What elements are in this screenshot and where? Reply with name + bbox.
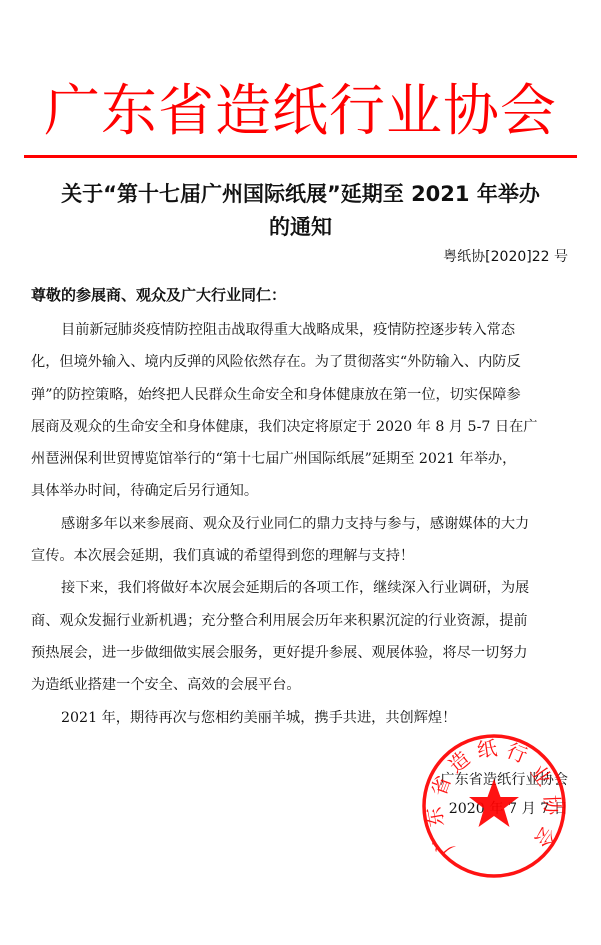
document-title-line-2: 的通知 xyxy=(20,211,581,244)
body-line: 展商及观众的生命安全和身体健康，我们决定将原定于 2020 年 8 月 5-7 … xyxy=(31,411,571,443)
body-line: 商、观众发掘行业新机遇；充分整合利用展会历年来积累沉淀的行业资源，提前 xyxy=(31,605,571,637)
svg-text:省: 省 xyxy=(426,772,455,799)
body-line: 弹”的防控策略，始终把人民群众生命安全和身体健康放在第一位，切实保障参 xyxy=(31,379,571,411)
letterhead-divider xyxy=(24,155,577,158)
body-line: 预热展会，进一步做细做实展会服务，更好提升参展、观展体验，将尽一切努力 xyxy=(31,637,571,669)
svg-text:广: 广 xyxy=(427,830,458,861)
official-seal-icon: 广 东 省 造 纸 行 业 协 会 xyxy=(421,733,567,879)
svg-text:协: 协 xyxy=(540,795,565,817)
body-line: 具体举办时间，待确定后另行通知。 xyxy=(31,475,571,507)
document-number: 粤纸协[2020]22 号 xyxy=(443,247,568,267)
star-icon xyxy=(469,779,519,827)
document-body: 目前新冠肺炎疫情防控阻击战取得重大战略成果，疫情防控逐步转入常态 化，但境外输入… xyxy=(31,314,571,734)
body-line: 州琶洲保利世贸博览馆举行的“第十七届广州国际纸展”延期至 2021 年举办， xyxy=(31,443,571,475)
svg-text:会: 会 xyxy=(529,822,560,852)
document-title: 关于“第十七届广州国际纸展”延期至 2021 年举办 的通知 xyxy=(20,178,581,244)
svg-text:纸: 纸 xyxy=(475,736,498,763)
body-line: 接下来，我们将做好本次展会延期后的各项工作，继续深入行业调研，为展 xyxy=(31,572,571,604)
body-line: 化，但境外输入、境内反弹的风险依然存在。为了贯彻落实“外防输入、内防反 xyxy=(31,346,571,378)
body-line: 宣传。本次展会延期，我们真诚的希望得到您的理解与支持！ xyxy=(31,540,571,572)
letterhead-org-name: 广东省造纸行业协会 xyxy=(0,78,601,146)
body-line: 为造纸业搭建一个安全、高效的会展平台。 xyxy=(31,669,571,701)
document-title-line-1: 关于“第十七届广州国际纸展”延期至 2021 年举办 xyxy=(20,178,581,211)
body-line: 2021 年，期待再次与您相约美丽羊城，携手共进，共创辉煌！ xyxy=(31,702,571,734)
body-line: 目前新冠肺炎疫情防控阻击战取得重大战略成果，疫情防控逐步转入常态 xyxy=(31,314,571,346)
svg-text:东: 东 xyxy=(421,805,448,829)
salutation: 尊敬的参展商、观众及广大行业同仁： xyxy=(31,285,286,305)
body-line: 感谢多年以来参展商、观众及行业同仁的鼎力支持与参与，感谢媒体的大力 xyxy=(31,508,571,540)
